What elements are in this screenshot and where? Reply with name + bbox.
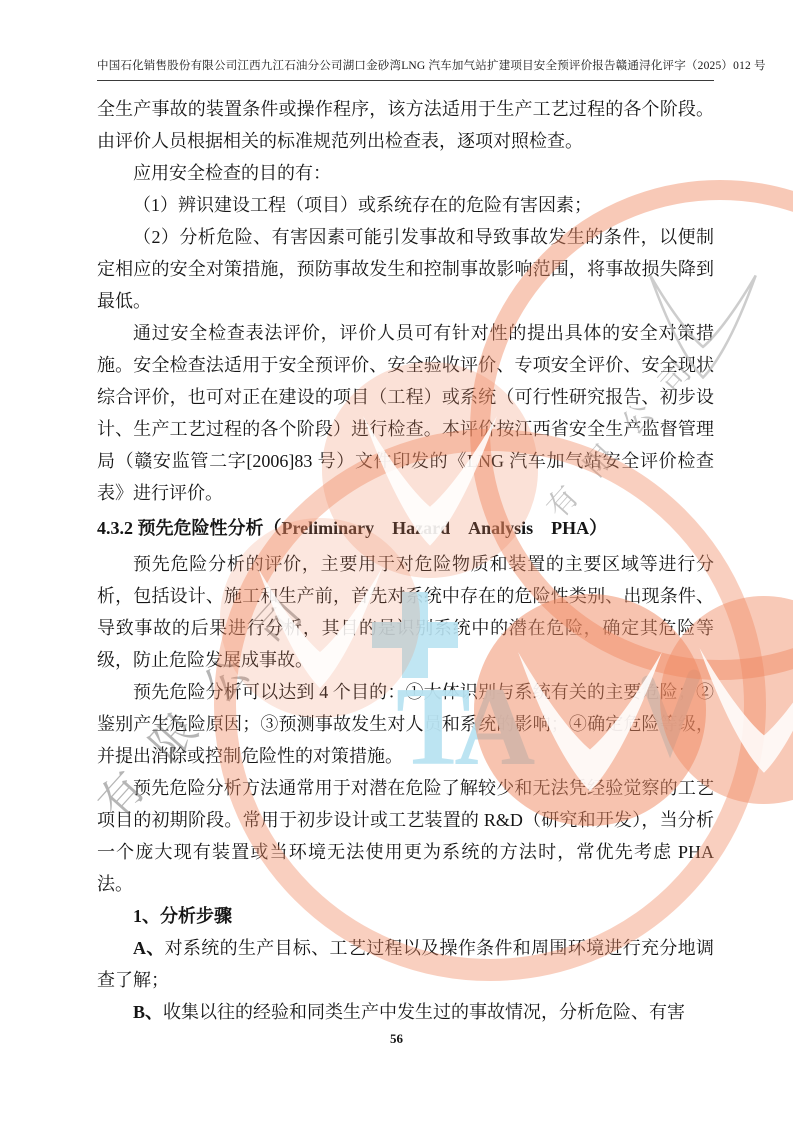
paragraph: B、收集以往的经验和同类生产中发生过的事故情况，分析危险、有害 bbox=[97, 996, 714, 1028]
sub-heading: 1、分析步骤 bbox=[97, 900, 714, 932]
page-header: 中国石化销售股份有限公司江西九江石油分公司湖口金砂湾LNG 汽车加气站扩建项目安… bbox=[97, 57, 714, 81]
paragraph: 预先危险分析可以达到 4 个目的：①大体识别与系统有关的主要危险；②鉴别产生危险… bbox=[97, 676, 714, 772]
page-number: 56 bbox=[390, 1031, 403, 1046]
section-heading: 4.3.2 预先危险性分析（Preliminary Hazard Analysi… bbox=[97, 512, 714, 544]
paragraph: A、对系统的生产目标、工艺过程以及操作条件和周围环境进行充分地调查了解； bbox=[97, 932, 714, 996]
paragraph: 全生产事故的装置条件或操作程序，该方法适用于生产工艺过程的各个阶段。由评价人员根… bbox=[97, 93, 714, 157]
doc-number: 赣通浔化评字（2025）012 号 bbox=[616, 57, 766, 73]
document-page: 中国石化销售股份有限公司江西九江石油分公司湖口金砂湾LNG 汽车加气站扩建项目安… bbox=[0, 0, 793, 1122]
document-body: 全生产事故的装置条件或操作程序，该方法适用于生产工艺过程的各个阶段。由评价人员根… bbox=[97, 93, 714, 1028]
paragraph: （2）分析危险、有害因素可能引发事故和导致事故发生的条件，以便制定相应的安全对策… bbox=[97, 221, 714, 317]
paragraph: 预先危险分析方法通常用于对潜在危险了解较少和无法凭经验觉察的工艺项目的初期阶段。… bbox=[97, 772, 714, 900]
paragraph: （1）辨识建设工程（项目）或系统存在的危险有害因素； bbox=[97, 189, 714, 221]
report-title: 中国石化销售股份有限公司江西九江石油分公司湖口金砂湾LNG 汽车加气站扩建项目安… bbox=[97, 57, 616, 73]
paragraph: 通过安全检查表法评价，评价人员可有针对性的提出具体的安全对策措施。安全检查法适用… bbox=[97, 317, 714, 509]
paragraph: 应用安全检查的目的有： bbox=[97, 157, 714, 189]
paragraph: 预先危险分析的评价，主要用于对危险物质和装置的主要区域等进行分析，包括设计、施工… bbox=[97, 548, 714, 676]
